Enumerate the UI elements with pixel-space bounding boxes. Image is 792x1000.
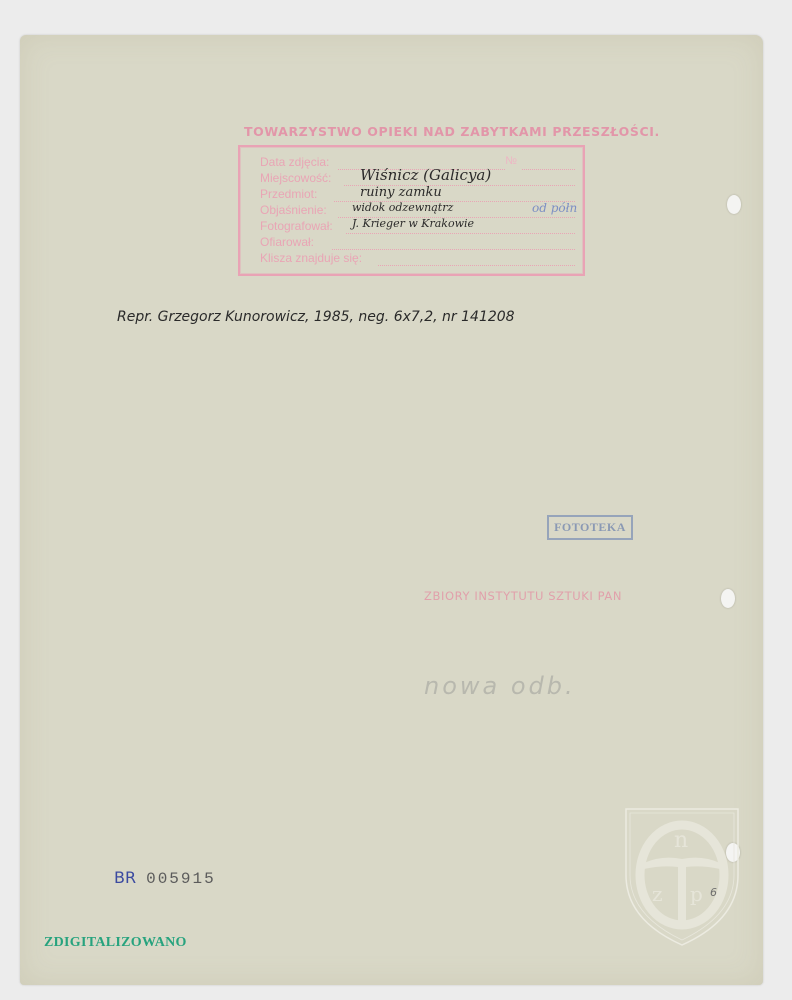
svg-text:p: p [690,882,703,906]
field-value: ruiny zamku [360,185,442,200]
shield-monogram-icon: n z p [622,805,742,947]
fototeka-stamp: FOTOTEKA [547,515,633,540]
punch-hole [727,195,741,214]
field-label: Miejscowość: [260,171,331,185]
field-negative-location: Klisza znajduje się: [260,251,575,267]
reproduction-note: Repr. Grzegorz Kunorowicz, 1985, neg. 6x… [117,309,515,325]
pencil-note: nowa odb. [424,672,576,700]
svg-text:z: z [652,882,663,906]
field-label: Fotografował: [260,219,333,233]
stamp-title: TOWARZYSTWO OPIEKI NAD ZABYTKAMI PRZESZŁ… [244,124,660,139]
photo-record-stamp: Data zdjęcia: № Miejscowość: Wiśnicz (Ga… [238,145,585,276]
field-value: widok odzewnątrz [352,201,453,214]
inventory-digits: 005915 [146,870,216,888]
field-label: Klisza znajduje się: [260,251,362,265]
nr-label: № [505,155,517,167]
punch-hole [721,589,735,608]
field-photographer: Fotografował: J. Krieger w Krakowie [260,219,575,235]
inventory-prefix: BR [114,868,136,887]
field-value: J. Krieger w Krakowie [352,217,474,230]
field-donor: Ofiarował: [260,235,575,251]
collection-stamp: ZBIORY INSTYTUTU SZTUKI PAN [424,589,622,603]
field-label: Przedmiot: [260,187,317,201]
field-value: Wiśnicz (Galicya) [360,166,491,184]
pencil-corner-mark: 6 [710,886,717,899]
field-note: od półn [532,201,577,215]
svg-text:n: n [674,828,688,853]
field-label: Data zdjęcia: [260,155,329,169]
inventory-number: BR005915 [114,868,216,888]
field-label: Objaśnienie: [260,203,327,217]
field-label: Ofiarował: [260,235,314,249]
digitized-stamp: ZDIGITALIZOWANO [44,935,187,951]
